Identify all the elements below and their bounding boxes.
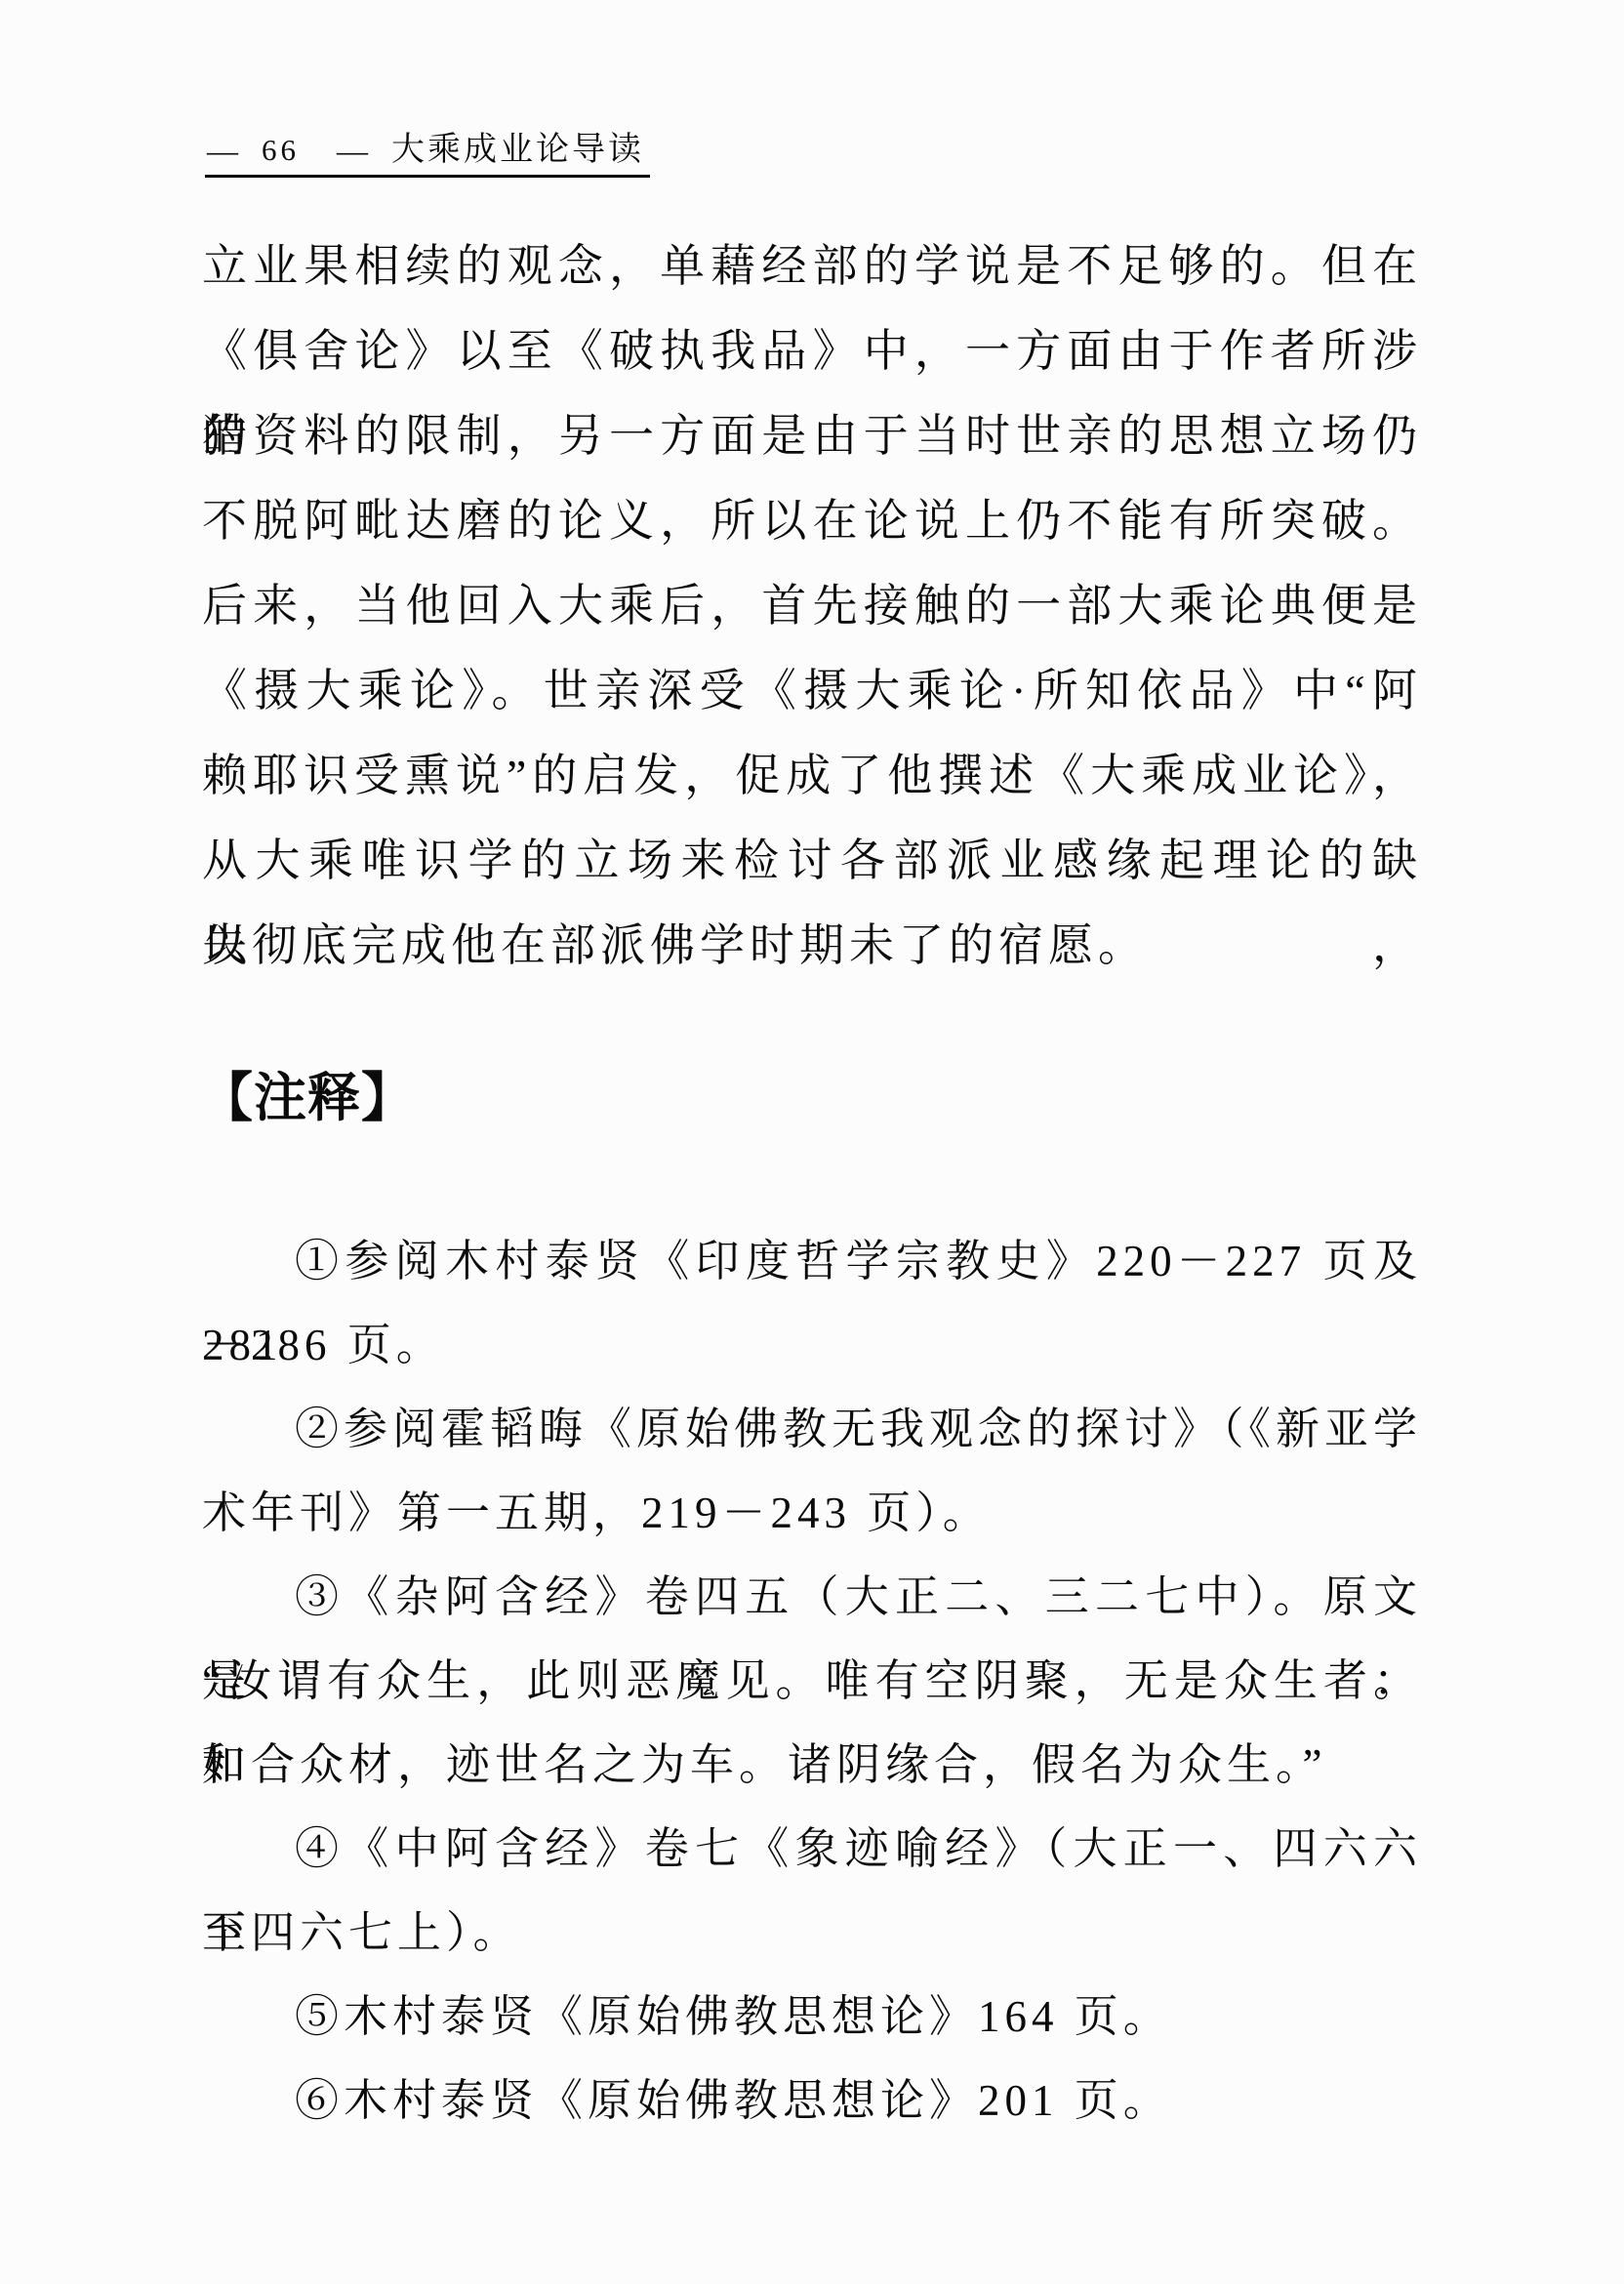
notes-section-title: 【注释】 [200, 1068, 415, 1128]
note-line-2b: 术年刊》第一五期，219－243 页）。 [202, 1471, 1422, 1555]
page-number: 66 [262, 131, 300, 170]
body-line: 的资料的限制，另一方面是由于当时世亲的思想立场仍 [202, 393, 1422, 478]
header-left-dash: — [207, 131, 238, 170]
note-line-3a: ③《杂阿含经》卷四五（大正二、三二七中）。原文是： [202, 1555, 1422, 1639]
body-line: 《俱舍论》以至《破执我品》中，一方面由于作者所涉猎 [202, 308, 1422, 393]
book-page: — 66 — 大乘成业论导读 立业果相续的观念，单藉经部的学说是不足够的。但在 … [0, 0, 1624, 2284]
body-line: 不脱阿毗达磨的论义，所以在论说上仍不能有所突破。 [202, 478, 1422, 563]
note-line-4b: 至四六七上）。 [202, 1891, 1422, 1975]
running-head: — 66 — 大乘成业论导读 [207, 131, 644, 170]
note-line-4a: ④《中阿含经》卷七《象迹喻经》（大正一、四六六下 [202, 1807, 1422, 1891]
note-line-1a: ①参阅木村泰贤《印度哲学宗教史》220－227 页及 281 [202, 1219, 1422, 1303]
header-rule [205, 175, 650, 178]
note-line-3c: 和合众材，迹世名之为车。诸阴缘合，假名为众生。” [202, 1723, 1422, 1807]
header-right-dash: — [337, 131, 368, 170]
body-line: 立业果相续的观念，单藉经部的学说是不足够的。但在 [202, 224, 1422, 308]
body-line: 赖耶识受熏说”的启发，促成了他撰述《大乘成业论》， [202, 733, 1422, 818]
body-line: 从大乘唯识学的立场来检讨各部派业感缘起理论的缺失， [202, 818, 1422, 903]
note-line-6: ⑥木村泰贤《原始佛教思想论》201 页。 [202, 2059, 1422, 2142]
body-line: 《摄大乘论》。世亲深受《摄大乘论·所知依品》中“阿 [202, 648, 1422, 733]
note-line-3b: “汝谓有众生，此则恶魔见。唯有空阴聚，无是众生者。如 [202, 1639, 1422, 1723]
note-line-5: ⑤木村泰贤《原始佛教思想论》164 页。 [202, 1975, 1422, 2059]
main-paragraph: 立业果相续的观念，单藉经部的学说是不足够的。但在 《俱舍论》以至《破执我品》中，… [202, 224, 1422, 988]
note-line-2a: ②参阅霍韬晦《原始佛教无我观念的探讨》（《新亚学 [202, 1387, 1422, 1471]
notes-list: ①参阅木村泰贤《印度哲学宗教史》220－227 页及 281 －286 页。 ②… [202, 1219, 1422, 2142]
book-title: 大乘成业论导读 [391, 131, 644, 170]
note-line-1b: －286 页。 [202, 1303, 1422, 1387]
body-line: 后来，当他回入大乘后，首先接触的一部大乘论典便是 [202, 563, 1422, 648]
